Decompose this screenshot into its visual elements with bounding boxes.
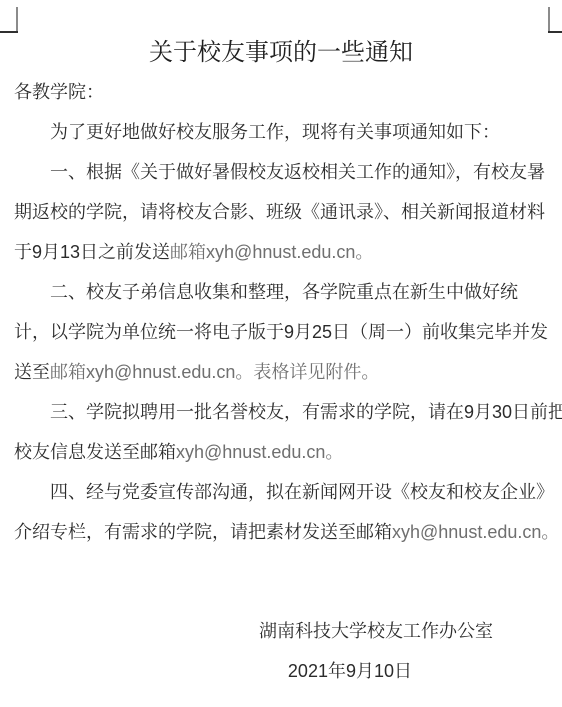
- signature-org: 湖南科技大学校友工作办公室: [0, 611, 562, 651]
- item-4-text-2: 介绍专栏，有需求的学院，请把素材发送至邮箱: [14, 522, 392, 542]
- item-3-line-2: 校友信息发送至邮箱xyh@hnust.edu.cn。: [14, 432, 554, 472]
- page-margin-mark-top-right-horizontal: [548, 31, 562, 33]
- notice-title: 关于校友事项的一些通知: [0, 0, 562, 68]
- item-2-text-1: 二、校友子弟信息收集和整理，各学院重点在新生中做好统: [50, 282, 518, 302]
- item-2-line-1: 二、校友子弟信息收集和整理，各学院重点在新生中做好统: [14, 272, 554, 312]
- item-1-line-2: 期返校的学院，请将校友合影、班级《通讯录》、相关新闻报道材料: [14, 192, 554, 232]
- item-2-line-2: 计，以学院为单位统一将电子版于9月25日（周一）前收集完毕并发: [14, 312, 554, 352]
- item-1-text-3: 于9月13日之前发送: [14, 242, 170, 262]
- item-2-text-2: 计，以学院为单位统一将电子版于9月25日（周一）前收集完毕并发: [14, 322, 548, 342]
- item-1-email-text: 邮箱xyh@hnust.edu.cn。: [170, 242, 373, 262]
- salutation-line: 各教学院：: [14, 72, 554, 112]
- signature-date: 2021年9月10日: [0, 651, 562, 691]
- item-1-line-1: 一、根据《关于做好暑假校友返校相关工作的通知》，有校友暑: [14, 152, 554, 192]
- item-3-text-1: 三、学院拟聘用一批名誉校友，有需求的学院，请在9月30日前把: [50, 402, 562, 422]
- item-1-line-3: 于9月13日之前发送邮箱xyh@hnust.edu.cn。: [14, 232, 554, 272]
- item-4-line-2: 介绍专栏，有需求的学院，请把素材发送至邮箱xyh@hnust.edu.cn。: [14, 512, 554, 552]
- intro-text: 为了更好地做好校友服务工作，现将有关事项通知如下：: [50, 122, 500, 142]
- notice-document-page: 关于校友事项的一些通知 各教学院： 为了更好地做好校友服务工作，现将有关事项通知…: [0, 0, 562, 707]
- page-margin-mark-top-left-horizontal: [0, 31, 18, 33]
- salutation-text: 各教学院：: [14, 82, 104, 102]
- intro-line: 为了更好地做好校友服务工作，现将有关事项通知如下：: [14, 112, 554, 152]
- page-margin-mark-top-left-vertical: [16, 7, 18, 32]
- item-4-text-1: 四、经与党委宣传部沟通，拟在新闻网开设《校友和校友企业》: [50, 482, 554, 502]
- notice-body: 各教学院： 为了更好地做好校友服务工作，现将有关事项通知如下： 一、根据《关于做…: [0, 72, 562, 552]
- item-3-email-text: xyh@hnust.edu.cn。: [176, 442, 343, 462]
- page-margin-mark-top-right-vertical: [548, 7, 550, 32]
- item-3-line-1: 三、学院拟聘用一批名誉校友，有需求的学院，请在9月30日前把: [14, 392, 554, 432]
- item-4-line-1: 四、经与党委宣传部沟通，拟在新闻网开设《校友和校友企业》: [14, 472, 554, 512]
- item-1-text-1: 一、根据《关于做好暑假校友返校相关工作的通知》，有校友暑: [50, 162, 545, 182]
- item-2-email-and-attachment-note: 邮箱xyh@hnust.edu.cn。表格详见附件。: [50, 362, 379, 382]
- item-2-line-3: 送至邮箱xyh@hnust.edu.cn。表格详见附件。: [14, 352, 554, 392]
- item-1-text-2: 期返校的学院，请将校友合影、班级《通讯录》、相关新闻报道材料: [14, 202, 545, 222]
- item-4-email-text: xyh@hnust.edu.cn。: [392, 522, 559, 542]
- item-2-text-3: 送至: [14, 362, 50, 382]
- item-3-text-2: 校友信息发送至邮箱: [14, 442, 176, 462]
